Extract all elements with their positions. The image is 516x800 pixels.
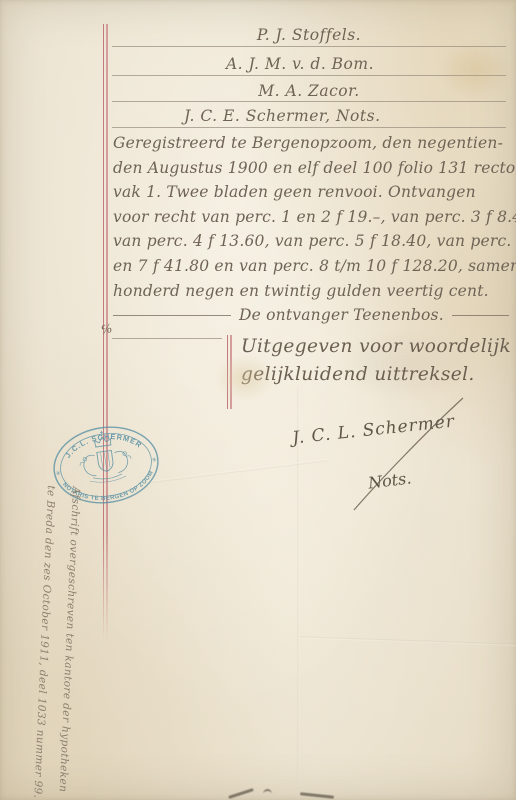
issue-line: gelijkluidend uittreksel. [241,361,511,389]
cut-off-writing [228,788,254,799]
margin-paraph-mark: ℅ [99,320,113,338]
registration-line: Geregistreerd te Bergenopzoom, den negen… [113,131,509,156]
header-rule-line [112,127,506,128]
registration-line: den Augustus 1900 en elf deel 100 folio … [113,156,509,181]
registration-text: Geregistreerd te Bergenopzoom, den negen… [113,131,509,328]
registration-line: vak 1. Twee bladen geen renvooi. Ontvang… [113,180,509,205]
registration-line: en 7 f 41.80 en van perc. 8 t/m 10 f 128… [113,254,509,279]
lion-left-icon [83,455,98,477]
party-name: M. A. Zacor. [112,82,506,100]
cut-off-writing [263,789,272,799]
star-icon: ✳ [55,469,61,478]
stamp-top-text: J.C.L. SCHERMER [61,427,145,460]
filler-line [452,315,509,316]
registration-line: honderd negen en twintig gulden veertig … [113,279,509,304]
header-rule-line [112,46,506,47]
document-page: P. J. Stoffels. A. J. M. v. d. Bom. M. A… [0,0,516,800]
issue-line: Uitgegeven voor woordelijk [241,333,511,361]
closing-rule-line [112,338,222,339]
filler-line [113,315,231,316]
hypotheek-side-note: Afschrift overgeschreven ten kantore der… [24,485,88,799]
receiver-text: De ontvanger Teenenbos. [239,303,444,328]
header-rule-line [112,75,506,76]
cut-off-writing [300,792,334,799]
paper-crease [300,636,516,645]
issue-statement: Uitgegeven voor woordelijk gelijkluidend… [241,333,511,388]
paper-crease [297,388,299,800]
registration-line: van perc. 4 f 13.60, van perc. 5 f 18.40… [113,229,509,254]
paper-crease [151,459,330,482]
receiver-line: De ontvanger Teenenbos. [113,303,509,328]
issue-margin-rule [227,335,232,409]
star-icon: ✳ [151,456,157,465]
party-name: P. J. Stoffels. [112,26,506,44]
header-rule-line [112,101,506,102]
registration-line: voor recht van perc. 1 en 2 f 19.–, van … [113,205,509,230]
party-name: A. J. M. v. d. Bom. [112,55,506,73]
signature-flourish [348,396,468,516]
svg-text:J.C.L. SCHERMER: J.C.L. SCHERMER [61,427,145,460]
party-name: J. C. E. Schermer, Nots. [112,107,506,125]
